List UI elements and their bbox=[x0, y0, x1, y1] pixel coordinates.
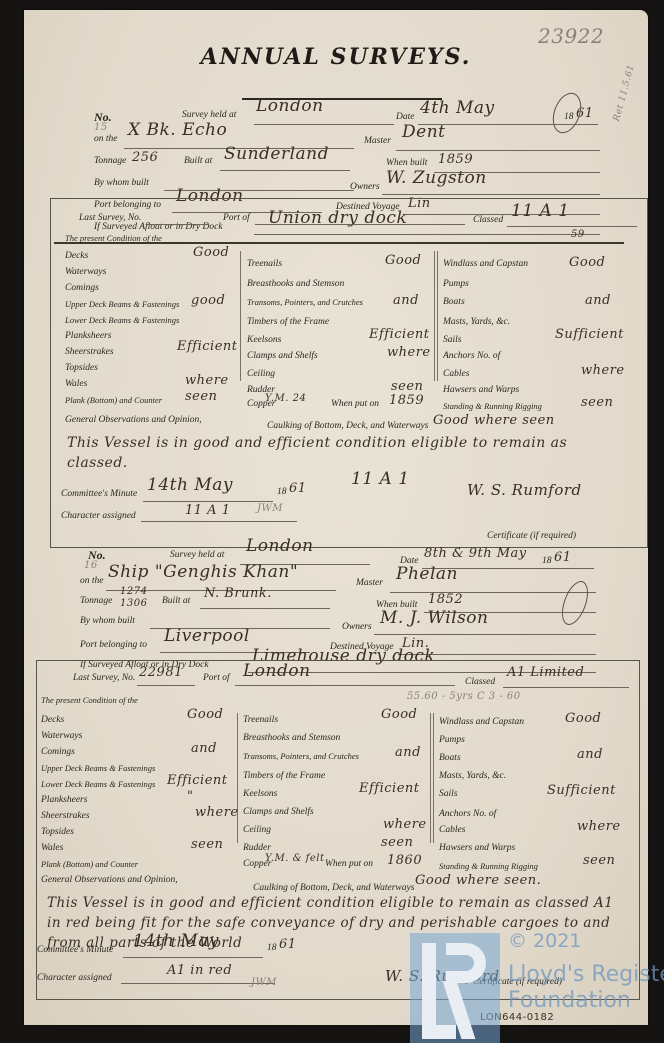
character-assigned-value-2: A1 in red bbox=[167, 963, 232, 978]
keelsons-value: Efficient bbox=[369, 327, 430, 342]
pumps-label-2: Pumps bbox=[439, 735, 465, 745]
committee-minute-date: 14th May bbox=[147, 475, 233, 495]
windlass-value: Good bbox=[569, 255, 605, 270]
caulking-value-2: Good where seen. bbox=[415, 873, 541, 888]
tonnage-value-2: 1274 bbox=[120, 586, 147, 597]
lower-deck-label-2: Lower Deck Beams & Fastenings bbox=[41, 779, 155, 789]
caulking-label-2: Caulking of Bottom, Deck, and Waterways bbox=[253, 883, 414, 893]
windlass-label-2: Windlass and Capstan bbox=[439, 717, 524, 727]
upper-deck-label: Upper Deck Beams & Fastenings bbox=[65, 299, 179, 309]
minute-year: 61 bbox=[289, 481, 307, 496]
initials-2: JWM bbox=[251, 977, 277, 988]
sheerstrakes-value-2: where bbox=[195, 805, 239, 820]
year-prefix-2: 18 bbox=[542, 556, 552, 566]
certificate-label: Certificate (if required) bbox=[487, 531, 576, 541]
masts-label-2: Masts, Yards, &c. bbox=[439, 771, 506, 781]
caulking-value: Good where seen bbox=[433, 413, 555, 428]
plank-bottom-label: Plank (Bottom) and Counter bbox=[65, 395, 162, 405]
breasthooks-label-2: Breasthooks and Stemson bbox=[243, 733, 340, 743]
port-of-label-2: Port of bbox=[203, 673, 230, 683]
treenails-value-2: Good bbox=[381, 707, 417, 722]
survey-held-at-label: Survey held at bbox=[182, 110, 236, 120]
present-condition-label-2: The present Condition of the bbox=[41, 695, 138, 705]
initials: JWM bbox=[257, 503, 283, 514]
ceiling-label-2: Ceiling bbox=[243, 825, 271, 835]
port-belonging-label-2: Port belonging to bbox=[80, 640, 147, 650]
plank-bottom-label-2: Plank (Bottom) and Counter bbox=[41, 859, 138, 869]
topsides-label-2: Topsides bbox=[41, 827, 74, 837]
flourish-mark-2 bbox=[557, 578, 593, 629]
by-whom-built-label: By whom built bbox=[94, 178, 149, 188]
sheerstrakes-label: Sheerstrakes bbox=[65, 347, 114, 357]
general-observations-label: General Observations and Opinion, bbox=[65, 415, 202, 425]
plank-bottom-value: seen bbox=[185, 389, 217, 404]
classed-value-2: A1 Limited bbox=[507, 665, 584, 680]
by-whom-built-label-2: By whom built bbox=[80, 616, 135, 626]
when-put-on-label: When put on bbox=[331, 399, 379, 409]
rudder-value-2: seen bbox=[381, 835, 413, 850]
minute-year-2: 61 bbox=[279, 937, 297, 952]
port-of-label: Port of bbox=[223, 213, 250, 223]
clamps-label: Clamps and Shelfs bbox=[247, 351, 318, 361]
built-at-value-2: N. Brunk. bbox=[204, 586, 272, 601]
upper-deck-value: good bbox=[191, 293, 225, 308]
observations-class: 11 A 1 bbox=[351, 469, 410, 489]
last-survey-value-2: 22981 bbox=[139, 665, 183, 680]
keelsons-value-2: Efficient bbox=[359, 781, 420, 796]
keelsons-label-2: Keelsons bbox=[243, 789, 277, 799]
pumps-label: Pumps bbox=[443, 279, 469, 289]
treenails-label: Treenails bbox=[247, 259, 282, 269]
copper-value: Y.M. 24 bbox=[265, 393, 306, 404]
waterways-label: Waterways bbox=[65, 267, 106, 277]
cables-value: where bbox=[581, 363, 625, 378]
watermark-foundation: Foundation bbox=[508, 988, 631, 1013]
tonnage-alt-value-2: 1306 bbox=[120, 598, 147, 609]
hawsers-label: Hawsers and Warps bbox=[443, 385, 519, 395]
when-built-label: When built bbox=[386, 158, 427, 168]
watermark-lloyds: Lloyd's Register bbox=[508, 962, 664, 987]
survey-held-at-label-2: Survey held at bbox=[170, 550, 224, 560]
comings-value-2: and bbox=[191, 741, 217, 756]
sails-label-2: Sails bbox=[439, 789, 457, 799]
wales-value: where bbox=[185, 373, 229, 388]
lower-deck-value-2: Efficient bbox=[167, 773, 228, 788]
rudder-label-2: Rudder bbox=[243, 843, 271, 853]
clamps-value: where bbox=[387, 345, 431, 360]
last-survey-label-2: Last Survey, No. bbox=[73, 673, 135, 683]
decks-value-2: Good bbox=[187, 707, 223, 722]
topsides-label: Topsides bbox=[65, 363, 98, 373]
master-label: Master bbox=[364, 136, 391, 146]
caulking-label: Caulking of Bottom, Deck, and Waterways bbox=[267, 421, 428, 431]
committees-minute-label: Committee's Minute bbox=[61, 489, 137, 499]
last-survey-label: Last Survey, No. bbox=[79, 213, 141, 223]
windlass-label: Windlass and Capstan bbox=[443, 259, 528, 269]
breasthooks-label: Breasthooks and Stemson bbox=[247, 279, 344, 289]
year-value-2: 61 bbox=[554, 550, 572, 565]
cables-value-2: where bbox=[577, 819, 621, 834]
rigging-value: seen bbox=[581, 395, 613, 410]
comings-label-2: Comings bbox=[41, 747, 75, 757]
sails-label: Sails bbox=[443, 335, 461, 345]
cables-label: Cables bbox=[443, 369, 469, 379]
timbers-label-2: Timbers of the Frame bbox=[243, 771, 325, 781]
port-belonging-value-2: Liverpool bbox=[164, 626, 250, 646]
vessel-name-2: Ship "Genghis Khan" bbox=[108, 562, 298, 582]
flourish-mark bbox=[548, 89, 587, 137]
lr-logo-icon bbox=[410, 933, 500, 1043]
when-built-value: 1859 bbox=[438, 152, 473, 167]
survey-no-2: 16 bbox=[84, 560, 98, 571]
built-at-value: Sunderland bbox=[224, 144, 329, 164]
survey-held-at-value-2: London bbox=[246, 536, 314, 556]
planksheers-label-2: Planksheers bbox=[41, 795, 87, 805]
owners-label: Owners bbox=[350, 182, 380, 192]
tonnage-label: Tonnage bbox=[94, 156, 126, 166]
owners-label-2: Owners bbox=[342, 622, 372, 632]
rigging-value-2: seen bbox=[583, 853, 615, 868]
transoms-label-2: Transoms, Pointers, and Crutches bbox=[243, 751, 359, 761]
committees-minute-label-2: Committee's Minute bbox=[37, 945, 113, 955]
sheerstrakes-label-2: Sheerstrakes bbox=[41, 811, 90, 821]
present-condition-label: The present Condition of the bbox=[65, 233, 162, 243]
committee-minute-date-2: 14th May bbox=[133, 931, 219, 951]
classed-label-2: Classed bbox=[465, 677, 495, 687]
minute-year-prefix: 18 bbox=[277, 487, 287, 497]
margin-note: Ret 11.5.61 bbox=[612, 64, 637, 123]
built-at-label: Built at bbox=[184, 156, 212, 166]
ref-number: 23922 bbox=[538, 24, 604, 48]
tonnage-value: 256 bbox=[132, 150, 158, 165]
master-value: Dent bbox=[402, 122, 445, 142]
anchors-label-2: Anchors No. of bbox=[439, 809, 496, 819]
keelsons-label: Keelsons bbox=[247, 335, 281, 345]
boats-value-2: and bbox=[577, 747, 603, 762]
on-the-label: on the bbox=[94, 134, 117, 144]
on-the-label-2: on the bbox=[80, 576, 103, 586]
copper-value-2: Y.M. & felt bbox=[265, 853, 325, 864]
minute-year-prefix-2: 18 bbox=[267, 943, 277, 953]
upper-deck-label-2: Upper Deck Beams & Fastenings bbox=[41, 763, 155, 773]
comings-label: Comings bbox=[65, 283, 99, 293]
boats-value: and bbox=[585, 293, 611, 308]
when-built-value-2: 1852 bbox=[428, 592, 463, 607]
observations-text: This Vessel is in good and efficient con… bbox=[67, 433, 627, 473]
decks-label-2: Decks bbox=[41, 715, 64, 725]
watermark-copyright: © 2021 bbox=[508, 930, 581, 952]
boats-label: Boats bbox=[443, 297, 465, 307]
ceiling-label: Ceiling bbox=[247, 369, 275, 379]
surveyor-signature: W. S. Rumford bbox=[467, 481, 582, 499]
survey-no: 15 bbox=[94, 122, 108, 133]
decks-value: Good bbox=[193, 245, 229, 260]
rudder-value: seen bbox=[391, 379, 423, 394]
clamps-label-2: Clamps and Shelfs bbox=[243, 807, 314, 817]
planksheers-value-2: " bbox=[187, 789, 193, 804]
copper-put-on-value-2: 1860 bbox=[387, 853, 422, 868]
sails-value-2: Sufficient bbox=[547, 783, 616, 798]
transoms-value-2: and bbox=[395, 745, 421, 760]
character-assigned-label: Character assigned bbox=[61, 511, 136, 521]
date-value: 4th May bbox=[420, 98, 495, 118]
date-label: Date bbox=[396, 112, 414, 122]
survey-held-at-value: London bbox=[256, 96, 324, 116]
transoms-value: and bbox=[393, 293, 419, 308]
owners-value: W. Zugston bbox=[386, 168, 487, 188]
windlass-value-2: Good bbox=[565, 711, 601, 726]
masts-label: Masts, Yards, &c. bbox=[443, 317, 510, 327]
copper-put-on-value: 1859 bbox=[389, 393, 424, 408]
wales-value-2: seen bbox=[191, 837, 223, 852]
general-observations-label-2: General Observations and Opinion, bbox=[41, 875, 178, 885]
timbers-label: Timbers of the Frame bbox=[247, 317, 329, 327]
date-value-2: 8th & 9th May bbox=[424, 546, 527, 561]
classed-label: Classed bbox=[473, 215, 503, 225]
wales-label-2: Wales bbox=[41, 843, 63, 853]
master-label-2: Master bbox=[356, 578, 383, 588]
survey-1-box: Last Survey, No. Port of Classed 11 A 1 … bbox=[50, 198, 648, 548]
when-put-on-label-2: When put on bbox=[325, 859, 373, 869]
rigging-label: Standing & Running Rigging bbox=[443, 401, 542, 411]
cables-label-2: Cables bbox=[439, 825, 465, 835]
wales-label: Wales bbox=[65, 379, 87, 389]
character-assigned-value: 11 A 1 bbox=[185, 503, 230, 518]
master-value-2: Phelan bbox=[396, 564, 458, 584]
classed-value: 11 A 1 bbox=[511, 201, 570, 221]
decks-label: Decks bbox=[65, 251, 88, 261]
vessel-name: X Bk. Echo bbox=[128, 120, 227, 140]
anchors-label: Anchors No. of bbox=[443, 351, 500, 361]
character-assigned-label-2: Character assigned bbox=[37, 973, 112, 983]
treenails-label-2: Treenails bbox=[243, 715, 278, 725]
survey-page: ANNUAL SURVEYS. 23922 Ret 11.5.61 No. 15… bbox=[24, 10, 648, 1025]
planksheers-label: Planksheers bbox=[65, 331, 111, 341]
lower-deck-label: Lower Deck Beams & Fastenings bbox=[65, 315, 179, 325]
hawsers-label-2: Hawsers and Warps bbox=[439, 843, 515, 853]
transoms-label: Transoms, Pointers, and Crutches bbox=[247, 297, 363, 307]
classed-note: 59 bbox=[571, 229, 585, 240]
sails-value: Sufficient bbox=[555, 327, 624, 342]
treenails-value: Good bbox=[385, 253, 421, 268]
waterways-label-2: Waterways bbox=[41, 731, 82, 741]
boats-label-2: Boats bbox=[439, 753, 461, 763]
port-of-value-2: London bbox=[243, 661, 311, 681]
ceiling-value-2: where bbox=[383, 817, 427, 832]
owners-value-2: M. J. Wilson bbox=[380, 608, 488, 628]
sheerstrakes-value: Efficient bbox=[177, 339, 238, 354]
tonnage-label-2: Tonnage bbox=[80, 596, 112, 606]
built-at-label-2: Built at bbox=[162, 596, 190, 606]
rigging-label-2: Standing & Running Rigging bbox=[439, 861, 538, 871]
classed-note-2: 55.60 - 5yrs C 3 - 60 bbox=[407, 691, 521, 702]
